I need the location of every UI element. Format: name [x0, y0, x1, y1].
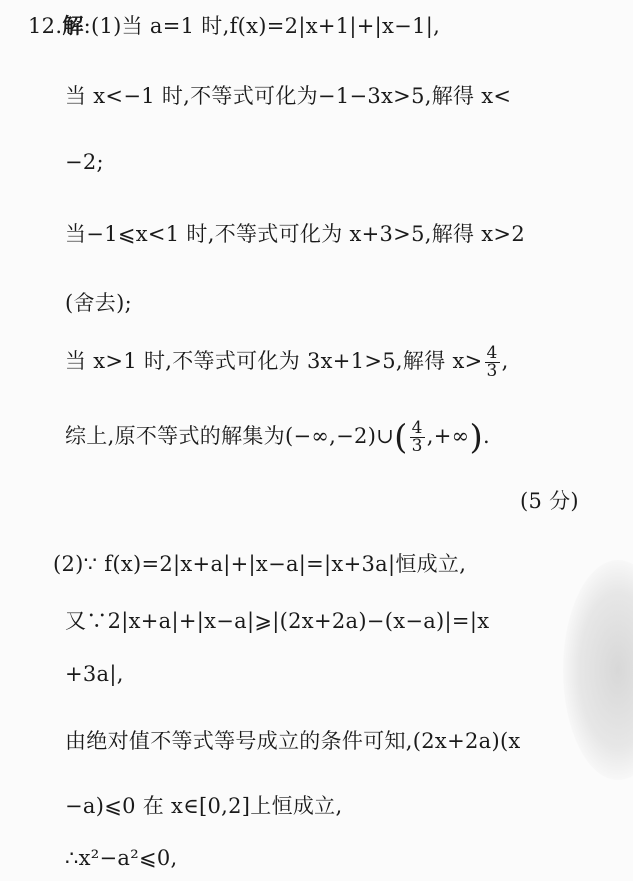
- summary-end: .: [483, 424, 490, 448]
- score-label: (5 分): [520, 485, 579, 515]
- part1-line-2: 当 x<−1 时,不等式可化为−1−3x>5,解得 x<: [65, 80, 511, 110]
- fraction-4-3-summary: 43: [410, 420, 425, 455]
- part1-line-5: (舍去);: [65, 287, 132, 317]
- part2-line-3: +3a|,: [65, 662, 124, 686]
- solution-line-1: 12.解:(1)当 a=1 时,f(x)=2|x+1|+|x−1|,: [28, 10, 440, 40]
- fraction-denominator: 3: [410, 438, 425, 455]
- part2-line-4: 由绝对值不等式等号成立的条件可知,(2x+2a)(x: [65, 725, 521, 755]
- case3-text: 当 x>1 时,不等式可化为 3x+1>5,解得 x>: [65, 349, 483, 373]
- part1-line-6: 当 x>1 时,不等式可化为 3x+1>5,解得 x>43,: [65, 345, 509, 380]
- part2-line-1: (2)∵ f(x)=2|x+a|+|x−a|=|x+3a|恒成立,: [53, 548, 466, 578]
- part1-line-3: −2;: [65, 150, 104, 174]
- part2-line-2: 又∵2|x+a|+|x−a|⩾|(2x+2a)−(x−a)|=|x: [65, 605, 489, 635]
- fraction-denominator: 3: [485, 363, 500, 380]
- problem-number: 12.: [28, 14, 62, 38]
- part1-line-1: (1)当 a=1 时,f(x)=2|x+1|+|x−1|,: [91, 14, 440, 38]
- part1-line-4: 当−1⩽x<1 时,不等式可化为 x+3>5,解得 x>2: [65, 218, 525, 248]
- solution-label: 解: [62, 13, 83, 38]
- scan-shadow: [563, 560, 633, 780]
- summary-text: 综上,原不等式的解集为(−∞,−2)∪: [65, 424, 394, 448]
- summary-suffix: ,+∞: [427, 424, 470, 448]
- part1-summary: 综上,原不等式的解集为(−∞,−2)∪(43,+∞).: [65, 420, 490, 455]
- fraction-4-3: 43: [485, 345, 500, 380]
- case3-suffix: ,: [502, 349, 509, 373]
- part2-line-6: ∴x²−a²⩽0,: [65, 846, 178, 870]
- part2-line-5: −a)⩽0 在 x∈[0,2]上恒成立,: [65, 790, 342, 820]
